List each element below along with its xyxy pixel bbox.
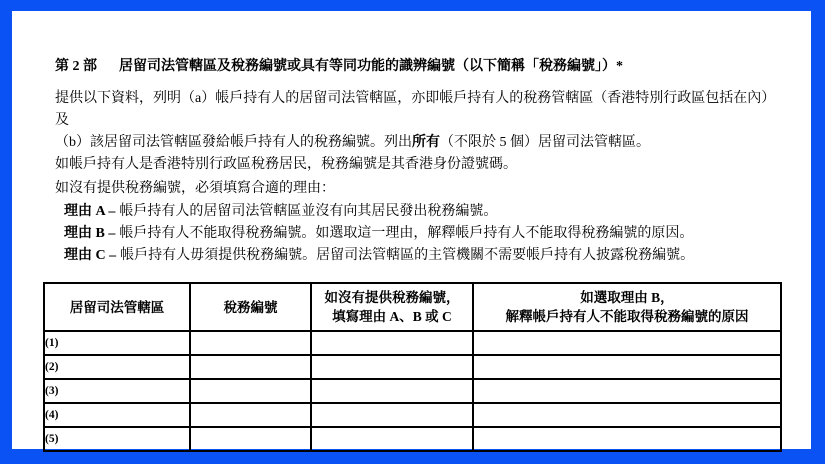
tin-table-header-row: 居留司法管轄區 稅務編號 如沒有提供稅務編號， 填寫理由 A、B 或 C 如選取… [44, 283, 781, 331]
row-4-label: (4) [44, 403, 190, 427]
reason-c-text: 帳戶持有人毋須提供稅務編號。居留司法管轄區的主管機關不需要帳戶持有人披露稅務編號… [120, 248, 694, 263]
row-1-tin-cell [190, 331, 311, 355]
reason-c-label: 理由 C – [64, 248, 116, 263]
row-4-tin-cell [190, 403, 311, 427]
tin-table: 居留司法管轄區 稅務編號 如沒有提供稅務編號， 填寫理由 A、B 或 C 如選取… [43, 282, 782, 452]
row-1-explain-cell [473, 331, 781, 355]
header-tin: 稅務編號 [190, 283, 311, 331]
no-tin-note: 如沒有提供稅務編號，必須填寫合適的理由： [55, 178, 783, 200]
row-5-label: (5) [44, 427, 190, 451]
hk-resident-note: 如帳戶持有人是香港特別行政區稅務居民，稅務編號是其香港身份證號碼。 [55, 154, 783, 176]
row-4-reason-cell [311, 403, 473, 427]
table-row-3: (3) [44, 379, 781, 403]
reason-a-text: 帳戶持有人的居留司法管轄區並沒有向其居民發出稅務編號。 [119, 204, 497, 219]
intro-line-1: 提供以下資料，列明（a）帳戶持有人的居留司法管轄區，亦即帳戶持有人的稅務管轄區（… [55, 88, 783, 132]
table-row-4: (4) [44, 403, 781, 427]
header-explain: 如選取理由 B， 解釋帳戶持有人不能取得稅務編號的原因 [473, 283, 781, 331]
intro-bold-all: 所有 [412, 135, 440, 150]
row-5-tin-cell [190, 427, 311, 451]
row-3-explain-cell [473, 379, 781, 403]
row-3-label: (3) [44, 379, 190, 403]
document-background: { "page": { "border_color": "#0b52f5", "… [0, 0, 825, 464]
reason-b-label: 理由 B – [64, 226, 115, 241]
row-3-reason-cell [311, 379, 473, 403]
header-reason: 如沒有提供稅務編號， 填寫理由 A、B 或 C [311, 283, 473, 331]
reason-b: 理由 B –帳戶持有人不能取得稅務編號。如選取這一理由，解釋帳戶持有人不能取得稅… [64, 223, 783, 245]
table-row-1: (1) [44, 331, 781, 355]
reason-list: 理由 A –帳戶持有人的居留司法管轄區並沒有向其居民發出稅務編號。 理由 B –… [55, 201, 783, 267]
section-number: 第 2 部 [55, 59, 97, 74]
row-5-explain-cell [473, 427, 781, 451]
row-5-reason-cell [311, 427, 473, 451]
header-jurisdiction: 居留司法管轄區 [44, 283, 190, 331]
reason-b-text: 帳戶持有人不能取得稅務編號。如選取這一理由，解釋帳戶持有人不能取得稅務編號的原因… [119, 226, 693, 241]
reason-a-label: 理由 A – [64, 204, 115, 219]
row-2-label: (2) [44, 355, 190, 379]
row-3-tin-cell [190, 379, 311, 403]
row-2-tin-cell [190, 355, 311, 379]
row-2-reason-cell [311, 355, 473, 379]
intro-line-2: （b）該居留司法管轄區發給帳戶持有人的稅務編號。列出所有（不限於 5 個）居留司… [55, 132, 783, 154]
row-1-reason-cell [311, 331, 473, 355]
form-page: 第 2 部居留司法管轄區及稅務編號或具有等同功能的識辨編號（以下簡稱「稅務編號」… [12, 11, 811, 449]
section-title-text: 居留司法管轄區及稅務編號或具有等同功能的識辨編號（以下簡稱「稅務編號」）* [119, 59, 623, 74]
table-row-2: (2) [44, 355, 781, 379]
section-title: 第 2 部居留司法管轄區及稅務編號或具有等同功能的識辨編號（以下簡稱「稅務編號」… [55, 57, 783, 77]
row-2-explain-cell [473, 355, 781, 379]
intro-paragraph: 提供以下資料，列明（a）帳戶持有人的居留司法管轄區，亦即帳戶持有人的稅務管轄區（… [55, 88, 783, 176]
row-1-label: (1) [44, 331, 190, 355]
reason-c: 理由 C –帳戶持有人毋須提供稅務編號。居留司法管轄區的主管機關不需要帳戶持有人… [64, 245, 783, 267]
table-row-5: (5) [44, 427, 781, 451]
row-4-explain-cell [473, 403, 781, 427]
reason-a: 理由 A –帳戶持有人的居留司法管轄區並沒有向其居民發出稅務編號。 [64, 201, 783, 223]
